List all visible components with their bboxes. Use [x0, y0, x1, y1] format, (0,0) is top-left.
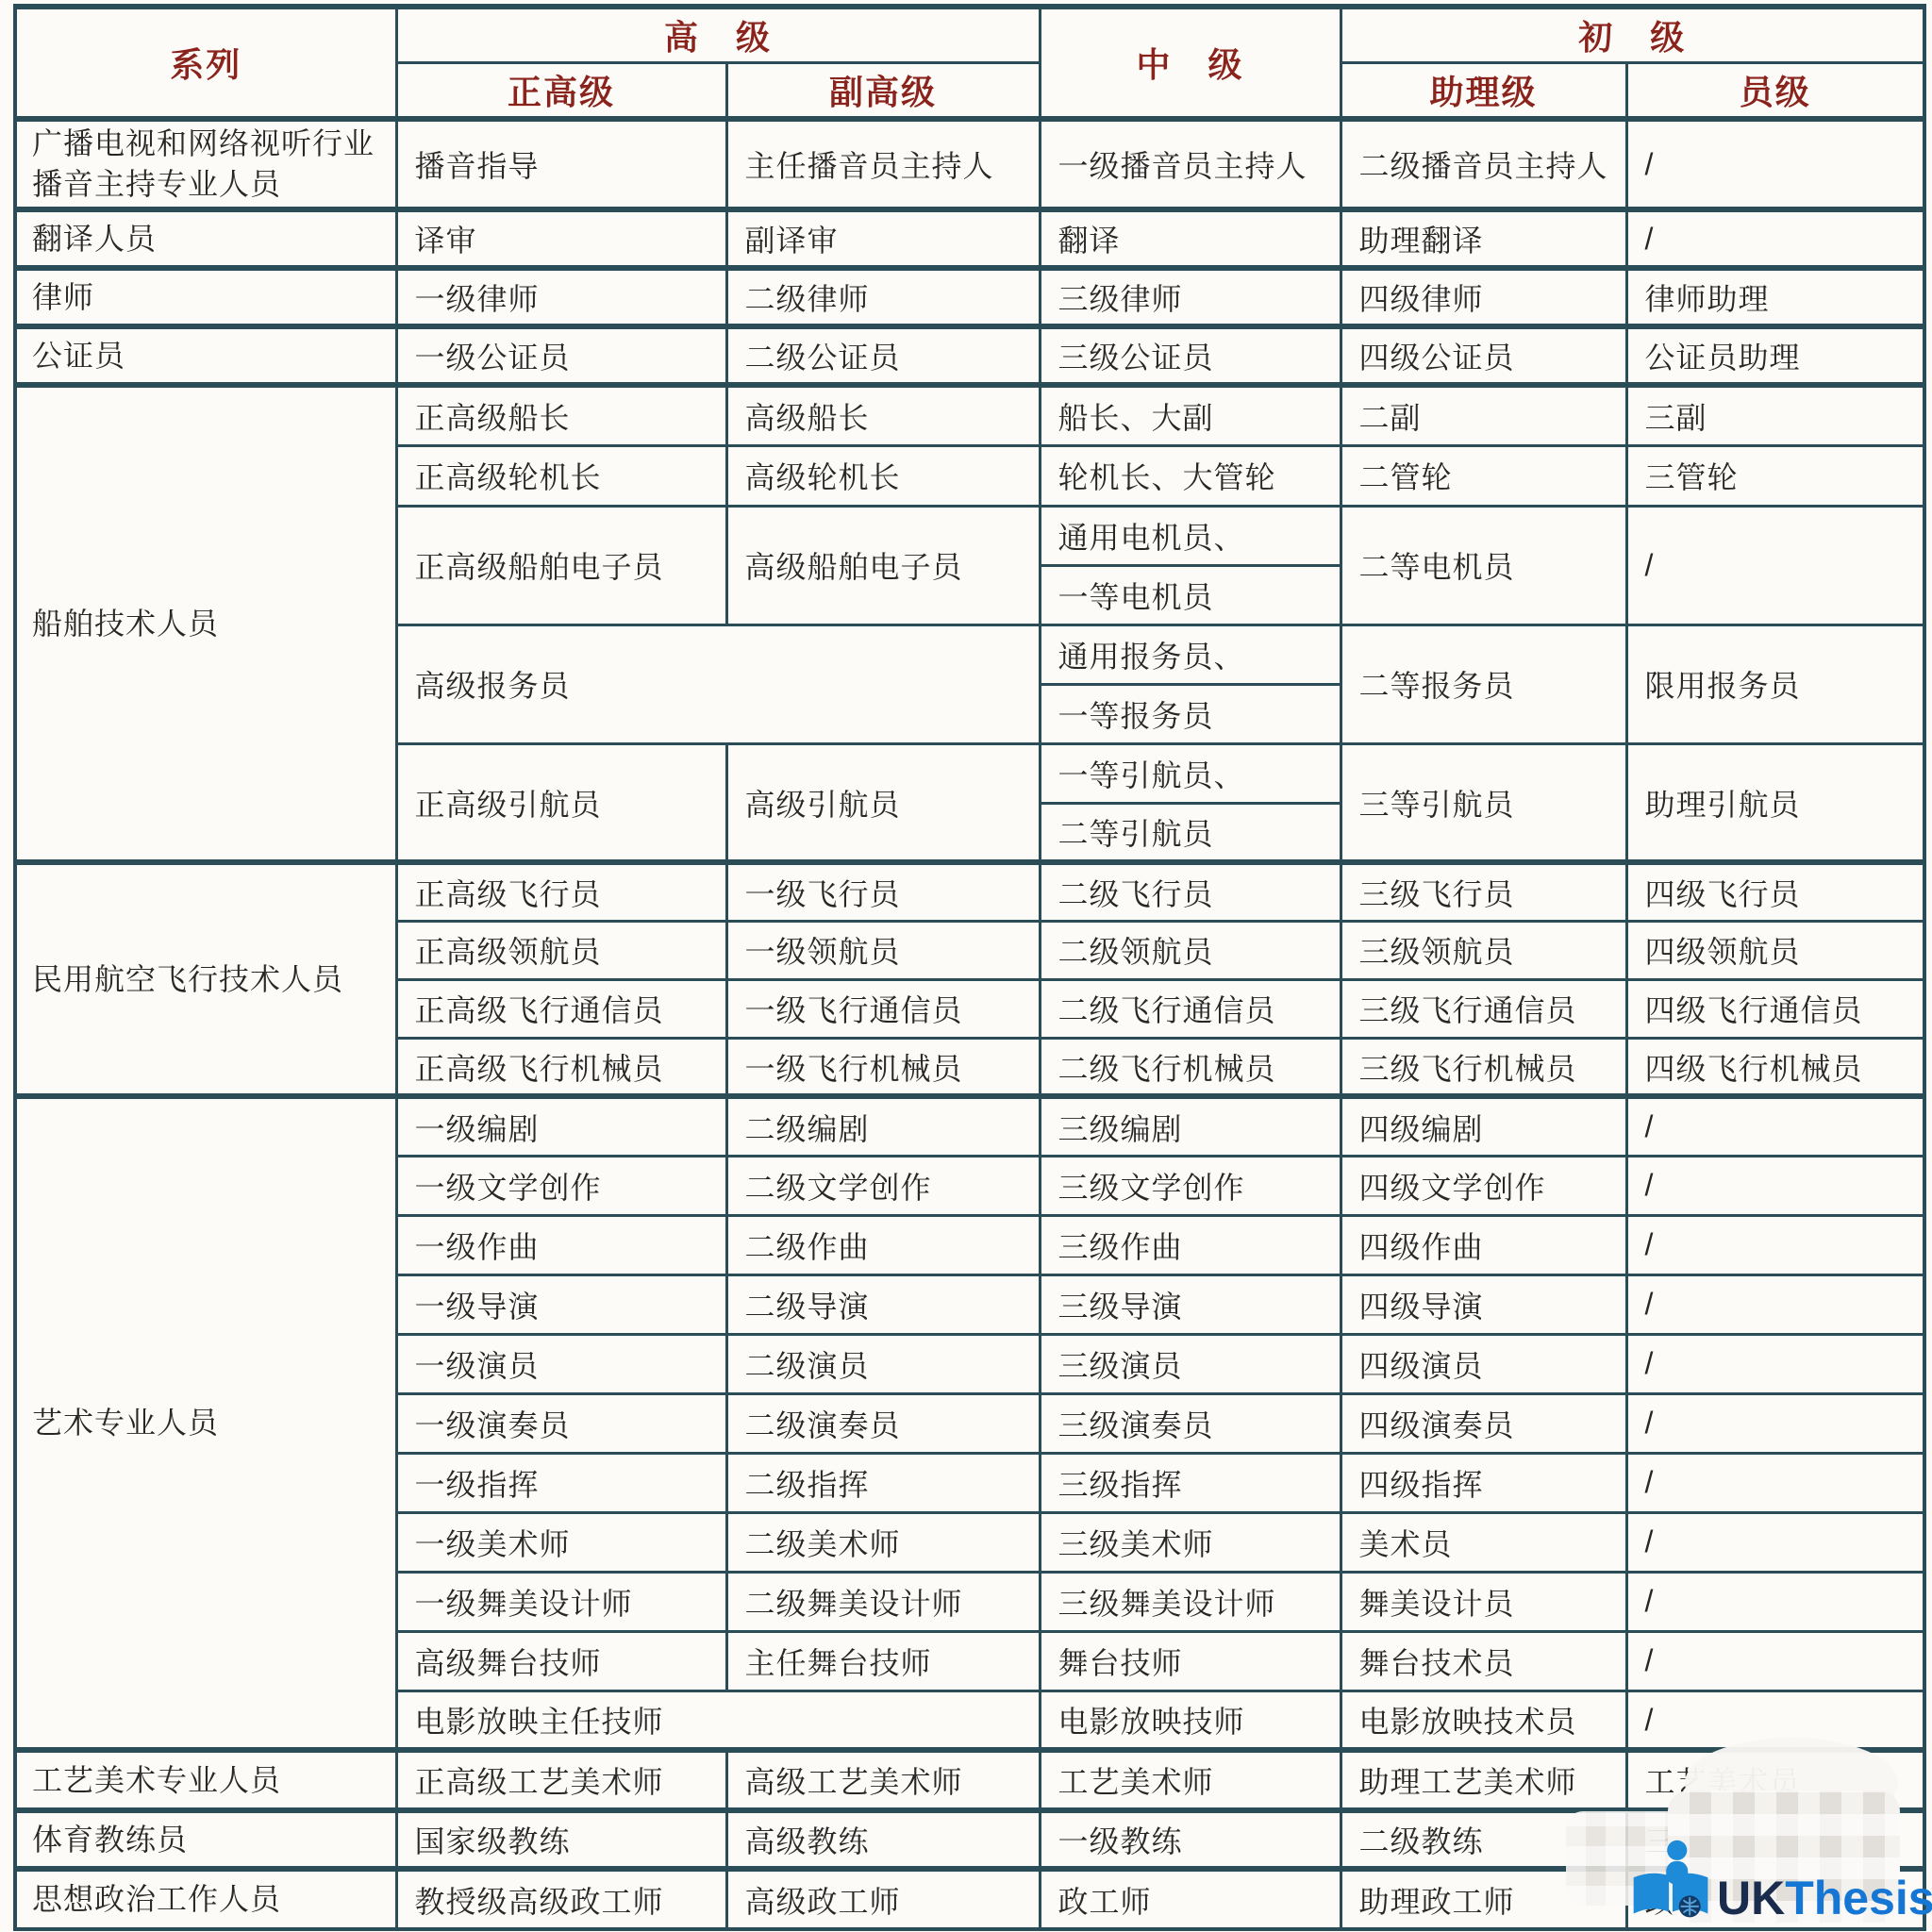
title-cell: 翻译 [1040, 209, 1341, 268]
table-row: 翻译人员译审副译审翻译助理翻译/ [15, 209, 1924, 268]
title-cell: / [1626, 1393, 1924, 1453]
title-cell: 高级轮机长 [726, 445, 1040, 506]
title-cell: 船长、大副 [1040, 385, 1341, 445]
title-cell: 三级演奏员 [1040, 1393, 1341, 1453]
title-cell: 一级飞行员 [726, 862, 1040, 921]
title-cell: 一级领航员 [726, 921, 1040, 979]
title-cell: 二级公证员 [726, 326, 1040, 385]
title-cell: 限用报务员 [1626, 625, 1924, 743]
professional-titles-table: 系列高 级中 级初 级正高级副高级助理级员级广播电视和网络视听行业播音主持专业人… [13, 4, 1923, 1931]
title-cell: 政工师 [1040, 1869, 1341, 1929]
column-header-cell: 系列 [15, 7, 396, 119]
title-cell: 正高级船舶电子员 [396, 506, 726, 625]
title-cell: 二等电机员 [1341, 506, 1626, 625]
title-cell: 主任舞台技师 [726, 1631, 1040, 1690]
title-cell: 二级飞行机械员 [1040, 1038, 1341, 1096]
title-cell: 高级船舶电子员 [726, 506, 1040, 625]
title-cell: 三级美术师 [1040, 1512, 1341, 1572]
title-cell: 轮机长、大管轮 [1040, 445, 1341, 506]
title-cell: 副译审 [726, 209, 1040, 268]
title-cell: 助理引航员 [1626, 743, 1924, 862]
table-row: 工艺美术专业人员正高级工艺美术师高级工艺美术师工艺美术师助理工艺美术师工艺美术员 [15, 1750, 1924, 1810]
table-row: 公证员一级公证员二级公证员三级公证员四级公证员公证员助理 [15, 326, 1924, 385]
title-cell: 译审 [396, 209, 726, 268]
title-cell: / [1626, 1274, 1924, 1334]
title-cell: 四级演员 [1341, 1334, 1626, 1393]
title-cell: 一级作曲 [396, 1215, 726, 1274]
table-row: 广播电视和网络视听行业播音主持专业人员播音指导主任播音员主持人一级播音员主持人二… [15, 119, 1924, 209]
title-cell: 电影放映技术员 [1341, 1690, 1626, 1750]
ukthesis-brand-text: UKThesis [1717, 1874, 1932, 1931]
title-cell: 正高级工艺美术师 [396, 1750, 726, 1810]
series-name-cell: 民用航空飞行技术人员 [15, 862, 396, 1096]
title-cell: 四级编剧 [1341, 1096, 1626, 1156]
column-header-cell: 副高级 [726, 63, 1040, 120]
title-cell: 工艺美术师 [1040, 1750, 1341, 1810]
titles-table-body: 系列高 级中 级初 级正高级副高级助理级员级广播电视和网络视听行业播音主持专业人… [15, 7, 1924, 1929]
title-cell: 高级报务员 [396, 625, 1040, 743]
title-cell: / [1626, 1631, 1924, 1690]
title-cell: 四级领航员 [1626, 921, 1924, 979]
table-row: 船舶技术人员正高级船长高级船长船长、大副二副三副 [15, 385, 1924, 445]
table-row: 艺术专业人员一级编剧二级编剧三级编剧四级编剧/ [15, 1096, 1924, 1156]
title-cell: / [1626, 1215, 1924, 1274]
series-name-cell: 广播电视和网络视听行业播音主持专业人员 [15, 119, 396, 209]
title-cell: 舞台技师 [1040, 1631, 1341, 1690]
ukthesis-watermark: UKThesis [1626, 1836, 1932, 1931]
title-cell: 二级领航员 [1040, 921, 1341, 979]
title-cell: 电影放映主任技师 [396, 1690, 1040, 1750]
column-header-cell: 正高级 [396, 63, 726, 120]
title-cell: 一级美术师 [396, 1512, 726, 1572]
title-cell: 二级律师 [726, 268, 1040, 326]
title-cell: / [1626, 119, 1924, 209]
title-cell: 正高级飞行员 [396, 862, 726, 921]
title-cell: 通用报务员、 [1040, 625, 1341, 684]
title-cell: 二级播音员主持人 [1341, 119, 1626, 209]
title-cell: 三级律师 [1040, 268, 1341, 326]
series-name-cell: 工艺美术专业人员 [15, 1750, 396, 1810]
title-cell: 二级舞美设计师 [726, 1572, 1040, 1631]
title-cell: 一级舞美设计师 [396, 1572, 726, 1631]
title-cell: 四级飞行通信员 [1626, 979, 1924, 1038]
series-name-cell: 船舶技术人员 [15, 385, 396, 862]
title-cell: 律师助理 [1626, 268, 1924, 326]
title-cell: 高级舞台技师 [396, 1631, 726, 1690]
column-header-cell: 助理级 [1341, 63, 1626, 120]
title-cell: 舞美设计员 [1341, 1572, 1626, 1631]
title-cell: 二级飞行员 [1040, 862, 1341, 921]
title-cell: 电影放映技师 [1040, 1690, 1341, 1750]
title-cell: 高级引航员 [726, 743, 1040, 862]
title-cell: 一级律师 [396, 268, 726, 326]
title-cell: / [1626, 506, 1924, 625]
title-cell: 二级演奏员 [726, 1393, 1040, 1453]
title-cell: 舞台技术员 [1341, 1631, 1626, 1690]
title-cell: 四级飞行员 [1626, 862, 1924, 921]
title-cell: 二级编剧 [726, 1096, 1040, 1156]
brand-uk: UK [1717, 1872, 1785, 1924]
title-cell: 四级演奏员 [1341, 1393, 1626, 1453]
column-header-cell: 中 级 [1040, 7, 1341, 119]
title-cell: 高级政工师 [726, 1869, 1040, 1929]
title-cell: 国家级教练 [396, 1810, 726, 1869]
title-cell: 三级飞行员 [1341, 862, 1626, 921]
title-cell: 助理工艺美术师 [1341, 1750, 1626, 1810]
title-cell: 公证员助理 [1626, 326, 1924, 385]
title-cell: 四级指挥 [1341, 1453, 1626, 1512]
title-cell: 一级指挥 [396, 1453, 726, 1512]
title-cell: 助理翻译 [1341, 209, 1626, 268]
table-row: 系列高 级中 级初 级 [15, 7, 1924, 63]
column-header-cell: 员级 [1626, 63, 1924, 120]
series-name-cell: 公证员 [15, 326, 396, 385]
page: { "table": { "border_color": "#2b4d57", … [0, 0, 1932, 1932]
title-cell: 一等引航员、 [1040, 743, 1341, 803]
series-name-cell: 艺术专业人员 [15, 1096, 396, 1750]
title-cell: 正高级领航员 [396, 921, 726, 979]
title-cell: 三级公证员 [1040, 326, 1341, 385]
title-cell: 高级教练 [726, 1810, 1040, 1869]
title-cell: 二级文学创作 [726, 1156, 1040, 1215]
title-cell: 二级飞行通信员 [1040, 979, 1341, 1038]
title-cell: 二级作曲 [726, 1215, 1040, 1274]
title-cell: / [1626, 209, 1924, 268]
title-cell: 正高级引航员 [396, 743, 726, 862]
title-cell: / [1626, 1156, 1924, 1215]
title-cell: 三级文学创作 [1040, 1156, 1341, 1215]
title-cell: 一级飞行机械员 [726, 1038, 1040, 1096]
title-cell: 一级演员 [396, 1334, 726, 1393]
series-name-cell: 思想政治工作人员 [15, 1869, 396, 1929]
title-cell: 一等报务员 [1040, 684, 1341, 743]
title-cell: 一级教练 [1040, 1810, 1341, 1869]
title-cell: / [1626, 1572, 1924, 1631]
title-cell: / [1626, 1453, 1924, 1512]
title-cell: 一级播音员主持人 [1040, 119, 1341, 209]
title-cell: 正高级飞行机械员 [396, 1038, 726, 1096]
title-cell: 二级指挥 [726, 1453, 1040, 1512]
title-cell: 正高级轮机长 [396, 445, 726, 506]
title-cell: 正高级飞行通信员 [396, 979, 726, 1038]
title-cell: 三级演员 [1040, 1334, 1341, 1393]
title-cell: 三级飞行通信员 [1341, 979, 1626, 1038]
series-name-cell: 翻译人员 [15, 209, 396, 268]
title-cell: 三级编剧 [1040, 1096, 1341, 1156]
title-cell: 四级律师 [1341, 268, 1626, 326]
title-cell: 一级公证员 [396, 326, 726, 385]
title-cell: 四级文学创作 [1341, 1156, 1626, 1215]
title-cell: 正高级船长 [396, 385, 726, 445]
title-cell: 二级演员 [726, 1334, 1040, 1393]
column-header-cell: 初 级 [1341, 7, 1924, 63]
title-cell: 二管轮 [1341, 445, 1626, 506]
title-cell: 三级舞美设计师 [1040, 1572, 1341, 1631]
title-cell: 教授级高级政工师 [396, 1869, 726, 1929]
book-person-logo-icon [1626, 1836, 1717, 1931]
series-name-cell: 律师 [15, 268, 396, 326]
title-cell: 四级公证员 [1341, 326, 1626, 385]
title-cell: 三级导演 [1040, 1274, 1341, 1334]
title-cell: 三级领航员 [1341, 921, 1626, 979]
title-cell: 美术员 [1341, 1512, 1626, 1572]
title-cell: 一等电机员 [1040, 565, 1341, 625]
title-cell: 一级飞行通信员 [726, 979, 1040, 1038]
title-cell: 二副 [1341, 385, 1626, 445]
column-header-cell: 高 级 [396, 7, 1040, 63]
title-cell: 一级导演 [396, 1274, 726, 1334]
title-cell: 一级演奏员 [396, 1393, 726, 1453]
title-cell: 三管轮 [1626, 445, 1924, 506]
title-cell: 一级文学创作 [396, 1156, 726, 1215]
title-cell: 高级船长 [726, 385, 1040, 445]
title-cell: 二等报务员 [1341, 625, 1626, 743]
brand-thesis: Thesis [1785, 1872, 1932, 1924]
title-cell: / [1626, 1334, 1924, 1393]
title-cell: 播音指导 [396, 119, 726, 209]
table-row: 民用航空飞行技术人员正高级飞行员一级飞行员二级飞行员三级飞行员四级飞行员 [15, 862, 1924, 921]
table-row: 律师一级律师二级律师三级律师四级律师律师助理 [15, 268, 1924, 326]
title-cell: / [1626, 1096, 1924, 1156]
title-cell: 四级导演 [1341, 1274, 1626, 1334]
title-cell: 二级导演 [726, 1274, 1040, 1334]
title-cell: / [1626, 1512, 1924, 1572]
title-cell: 通用电机员、 [1040, 506, 1341, 565]
title-cell: 二级美术师 [726, 1512, 1040, 1572]
title-cell: 四级作曲 [1341, 1215, 1626, 1274]
title-cell: 三副 [1626, 385, 1924, 445]
title-cell: 高级工艺美术师 [726, 1750, 1040, 1810]
title-cell: 三级飞行机械员 [1341, 1038, 1626, 1096]
title-cell: 三等引航员 [1341, 743, 1626, 862]
title-cell: 主任播音员主持人 [726, 119, 1040, 209]
title-cell: 三级作曲 [1040, 1215, 1341, 1274]
title-cell: 一级编剧 [396, 1096, 726, 1156]
title-cell: 四级飞行机械员 [1626, 1038, 1924, 1096]
title-cell: 三级指挥 [1040, 1453, 1341, 1512]
series-name-cell: 体育教练员 [15, 1810, 396, 1869]
title-cell: 二等引航员 [1040, 803, 1341, 862]
titles-table: 系列高 级中 级初 级正高级副高级助理级员级广播电视和网络视听行业播音主持专业人… [13, 4, 1926, 1931]
